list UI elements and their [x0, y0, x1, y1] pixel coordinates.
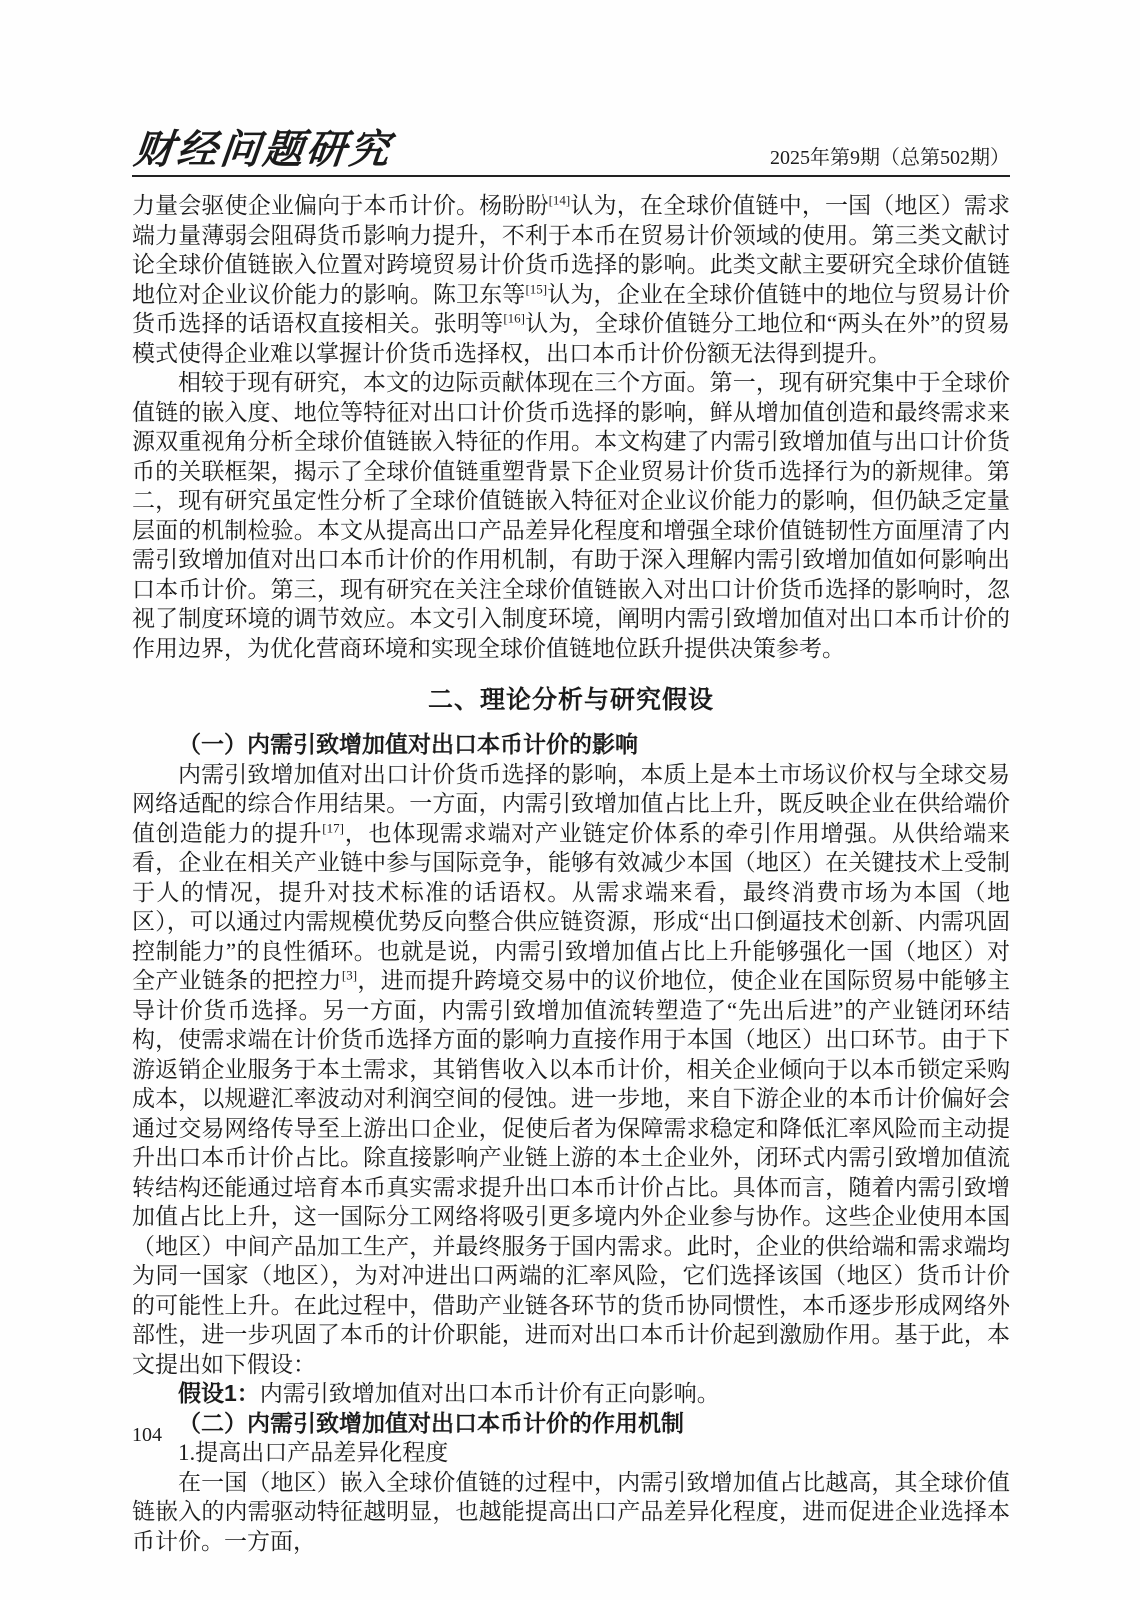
paragraph-mechanism: 在一国（地区）嵌入全球价值链的过程中，内需引致增加值占比越高，其全球价值链嵌入的…: [132, 1468, 1010, 1557]
hypothesis-1: 假设1：内需引致增加值对出口本币计价有正向影响。: [132, 1379, 1010, 1409]
mechanism-item-1: 1.提高出口产品差异化程度: [132, 1438, 1010, 1468]
section-heading: 二、理论分析与研究假设: [132, 685, 1010, 715]
page-content: 财经问题研究 2025年第9期（总第502期） 力量会驱使企业偏向于本币计价。杨…: [132, 130, 1010, 1556]
paragraph-contributions: 相较于现有研究，本文的边际贡献体现在三个方面。第一，现有研究集中于全球价值链的嵌…: [132, 368, 1010, 663]
page-number: 104: [132, 1424, 162, 1447]
journal-logo: 财经问题研究: [132, 130, 394, 170]
paragraph-theory-analysis: 内需引致增加值对出口计价货币选择的影响，本质上是本土市场议价权与全球交易网络适配…: [132, 760, 1010, 1380]
subsection-heading-2: （二）内需引致增加值对出口本币计价的作用机制: [132, 1409, 1010, 1439]
article-body: 力量会驱使企业偏向于本币计价。杨盼盼[14]认为，在全球价值链中，一国（地区）需…: [132, 191, 1010, 1556]
masthead: 财经问题研究 2025年第9期（总第502期）: [132, 130, 1010, 177]
subsection-heading-1: （一）内需引致增加值对出口本币计价的影响: [132, 730, 1010, 760]
issue-info: 2025年第9期（总第502期）: [770, 146, 1010, 170]
paragraph-literature-continuation: 力量会驱使企业偏向于本币计价。杨盼盼[14]认为，在全球价值链中，一国（地区）需…: [132, 191, 1010, 368]
journal-page: 财经问题研究 2025年第9期（总第502期） 力量会驱使企业偏向于本币计价。杨…: [0, 0, 1140, 1600]
